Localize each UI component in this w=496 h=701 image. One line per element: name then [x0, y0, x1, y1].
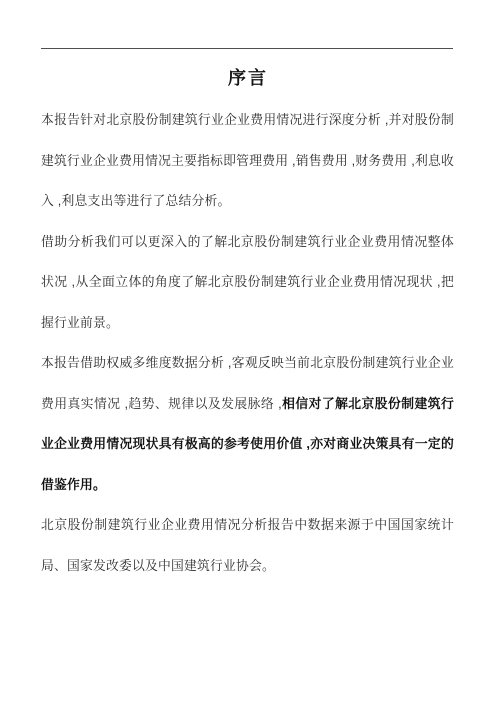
document-page: 序言 本报告针对北京股份制建筑行业企业费用情况进行深度分析 ,并对股份制建筑行业…	[0, 0, 496, 701]
page-title: 序言	[0, 64, 496, 90]
document-body: 本报告针对北京股份制建筑行业企业费用情况进行深度分析 ,并对股份制建筑行业企业费…	[41, 100, 454, 586]
paragraph-text: 北京股份制建筑行业企业费用情况分析报告中数据来源于中国国家统计局、国家发改委以及…	[41, 517, 454, 573]
paragraph-text: 借助分析我们可以更深入的了解北京股份制建筑行业企业费用情况整体状况 ,从全面立体…	[41, 234, 454, 330]
paragraph: 本报告借助权威多维度数据分析 ,客观反映当前北京股份制建筑行业企业费用真实情况 …	[41, 343, 454, 505]
paragraph: 北京股份制建筑行业企业费用情况分析报告中数据来源于中国国家统计局、国家发改委以及…	[41, 505, 454, 586]
paragraph-text: 本报告针对北京股份制建筑行业企业费用情况进行深度分析 ,并对股份制建筑行业企业费…	[41, 112, 454, 208]
header-divider-rule	[41, 48, 453, 49]
paragraph: 借助分析我们可以更深入的了解北京股份制建筑行业企业费用情况整体状况 ,从全面立体…	[41, 222, 454, 344]
paragraph: 本报告针对北京股份制建筑行业企业费用情况进行深度分析 ,并对股份制建筑行业企业费…	[41, 100, 454, 222]
